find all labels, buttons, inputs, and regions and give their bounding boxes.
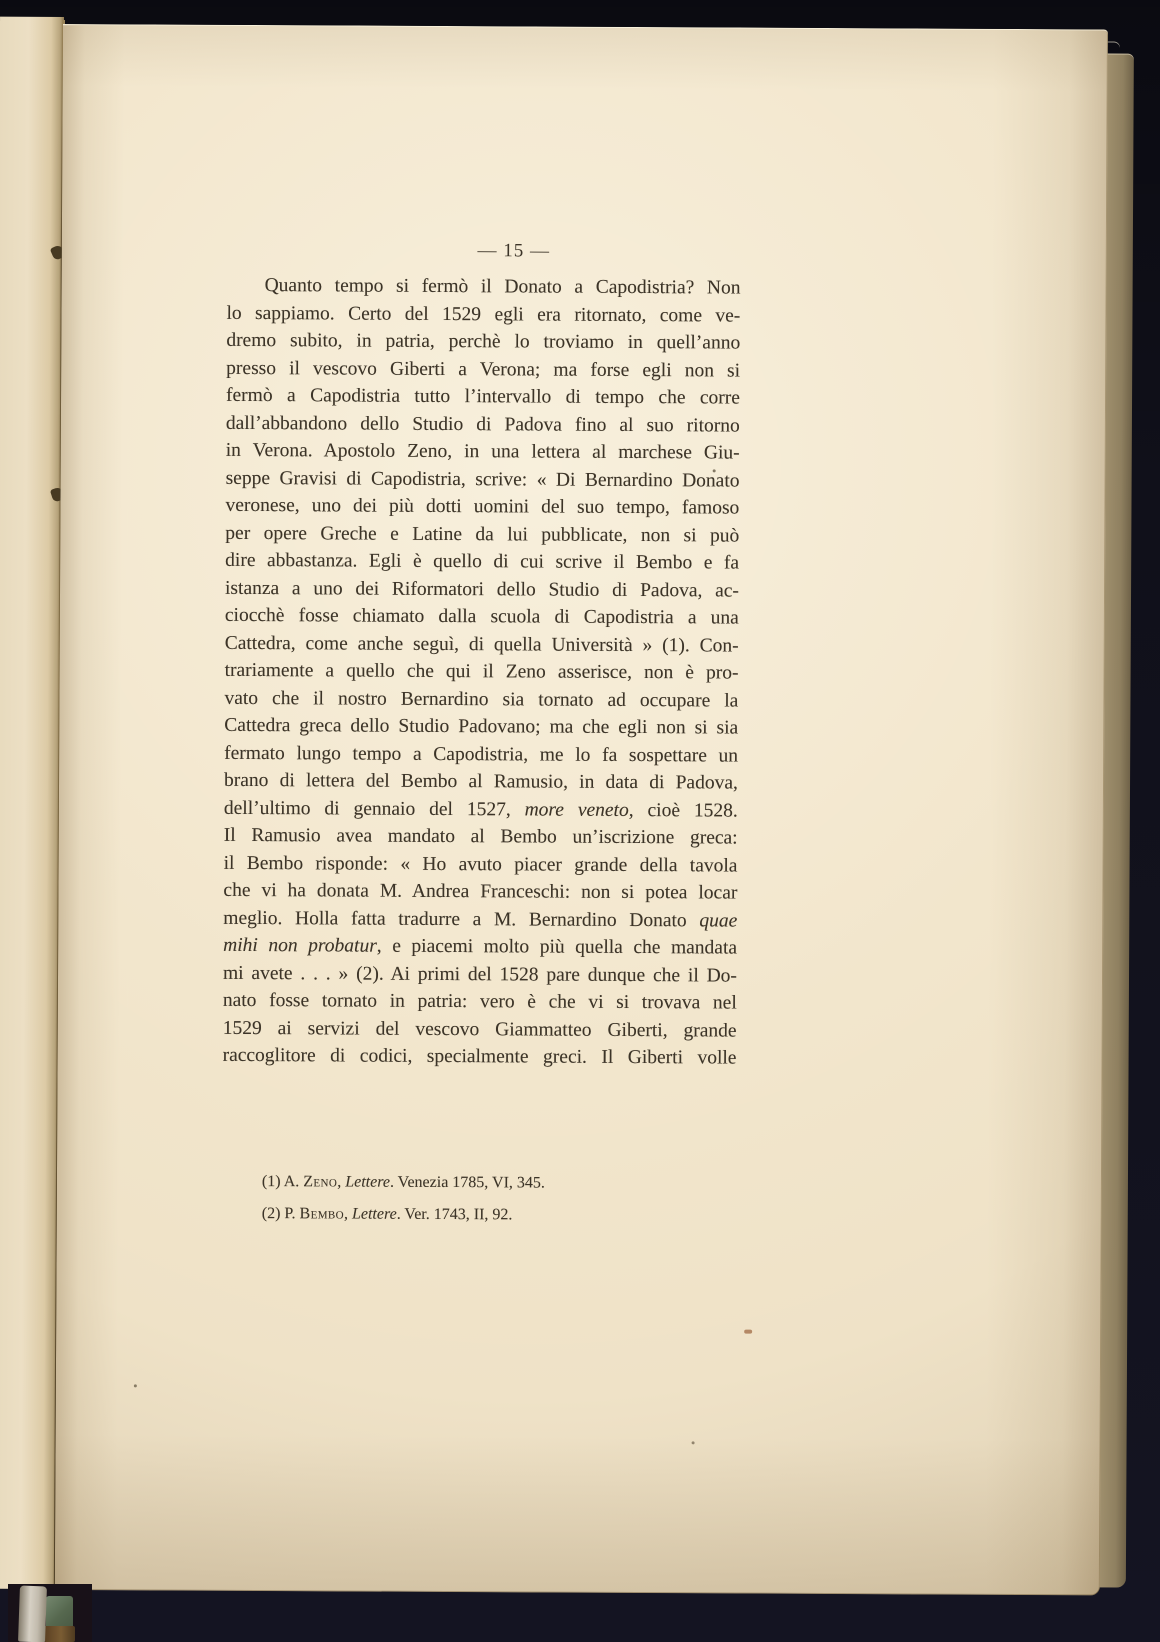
footnote-line: (1) A. Zeno, Lettere. Venezia 1785, VI, … <box>262 1166 742 1201</box>
footnotes: (1) A. Zeno, Lettere. Venezia 1785, VI, … <box>262 1166 742 1233</box>
text-line: nato fosse tornato in patria: vero è che… <box>223 987 737 1017</box>
paper-speck <box>713 469 716 472</box>
text-line: 1529 ai servizi del vescovo Giammatteo G… <box>223 1014 737 1044</box>
text-line: raccoglitore di codici, specialmente gre… <box>223 1042 737 1072</box>
photo-background: — 15 — Quanto tempo si fermò il Donato a… <box>0 0 1160 1642</box>
body-text: Quanto tempo si fermò il Donato a Capodi… <box>223 272 741 1072</box>
text-line: meglio. Holla fatta tradurre a M. Bernar… <box>223 904 737 934</box>
paper-speck <box>744 1330 752 1334</box>
text-line: dell’ultimo di gennaio del 1527, more ve… <box>224 794 738 824</box>
text-line: che vi ha donata M. Andrea Franceschi: n… <box>223 877 737 907</box>
text-line: veronese, uno dei più dotti uomini del s… <box>225 492 739 522</box>
book-page: — 15 — Quanto tempo si fermò il Donato a… <box>55 24 1108 1595</box>
open-book: — 15 — Quanto tempo si fermò il Donato a… <box>0 0 1160 1642</box>
text-line: dall’abbandono dello Studio di Padova fi… <box>226 409 740 439</box>
paper-speck <box>134 1384 137 1387</box>
binding-board-edge <box>44 1626 75 1642</box>
text-line: istanza a uno dei Riformatori dello Stud… <box>225 574 739 604</box>
text-line: dremo subito, in patria, perchè lo trovi… <box>226 327 740 357</box>
text-line: dire abbastanza. Egli è quello di cui sc… <box>225 547 739 577</box>
text-line: Cattedra greca dello Studio Padovano; ma… <box>224 712 738 742</box>
paper-speck <box>692 1441 695 1444</box>
text-line: mihi non probatur, e piacemi molto più q… <box>223 932 737 962</box>
page-number: — 15 — <box>257 240 771 262</box>
text-line: presso il vescovo Giberti a Verona; ma f… <box>226 354 740 384</box>
text-line: fermato lungo tempo a Capodistria, me lo… <box>224 739 738 769</box>
binding-tape <box>18 1586 47 1642</box>
text-line: per opere Greche e Latine da lui pubblic… <box>225 519 739 549</box>
footnote-line: (2) P. Bembo, Lettere. Ver. 1743, II, 92… <box>262 1198 742 1233</box>
text-line: ciocchè fosse chiamato dalla scuola di C… <box>225 602 739 632</box>
text-line: Il Ramusio avea mandato al Bembo un’iscr… <box>224 822 738 852</box>
text-line: trariamente a quello che qui il Zeno ass… <box>225 657 739 687</box>
text-line: Cattedra, come anche seguì, di quella Un… <box>225 629 739 659</box>
text-line: seppe Gravisi di Capodistria, scrive: « … <box>226 464 740 494</box>
text-line: in Verona. Apostolo Zeno, in una lettera… <box>226 437 740 467</box>
text-line: fermò a Capodistria tutto l’intervallo d… <box>226 382 740 412</box>
text-line: vato che il nostro Bernardino sia tornat… <box>224 684 738 714</box>
text-line: il Bembo risponde: « Ho avuto piacer gra… <box>224 849 738 879</box>
text-line: brano di lettera del Bembo al Ramusio, i… <box>224 767 738 797</box>
text-line: Quanto tempo si fermò il Donato a Capodi… <box>227 272 741 302</box>
text-line: lo sappiamo. Certo del 1529 egli era rit… <box>226 299 740 329</box>
text-line: mi avete . . . » (2). Ai primi del 1528 … <box>223 959 737 989</box>
